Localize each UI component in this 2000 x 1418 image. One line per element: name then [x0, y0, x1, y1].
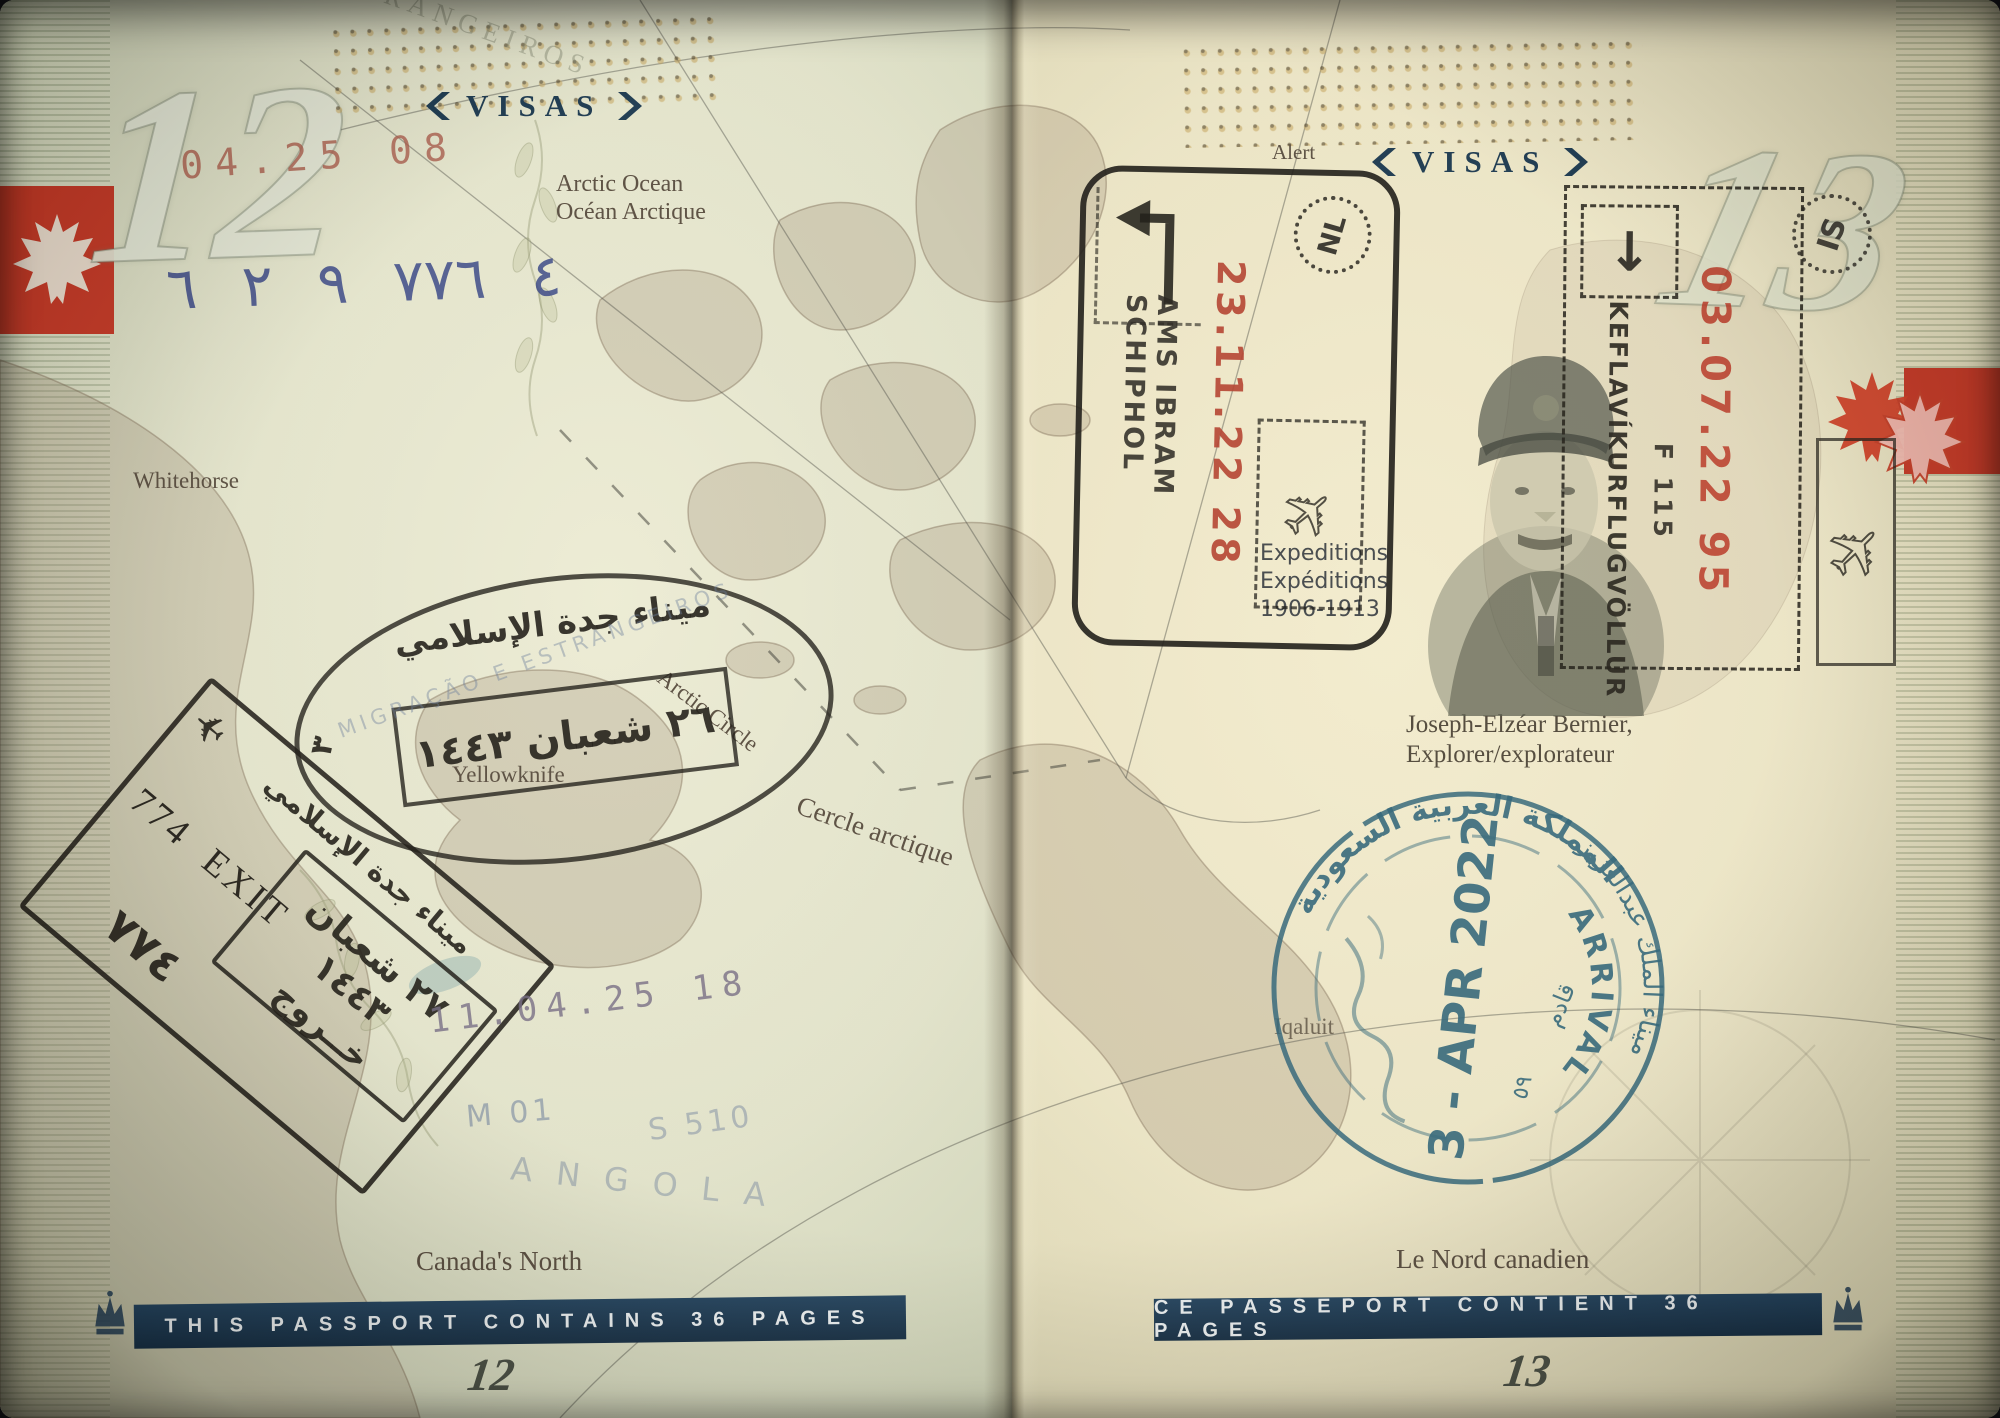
passport-photo: 12 13 ESTRANGEIROS VISAS VISAS Arctic Oc… — [0, 0, 2000, 1418]
chevron-right-icon — [1560, 145, 1594, 179]
label-canadas-north: Canada's North — [416, 1246, 582, 1277]
schiphol-date: 23.11.22 28 — [1202, 259, 1254, 620]
keflavik-plane-box: ✈ — [1816, 438, 1896, 666]
chevron-right-icon — [614, 89, 648, 123]
schiphol-country-code: NL — [1312, 212, 1353, 259]
label-alert: Alert — [1272, 140, 1315, 165]
footer-band-left: THIS PASSPORT CONTAINS 36 PAGES — [134, 1295, 906, 1348]
label-nord-canadien: Le Nord canadien — [1396, 1244, 1589, 1275]
saudi-number: ٥٩ — [1508, 1073, 1538, 1102]
footer-page-number-13: 13 — [1500, 1344, 1553, 1397]
visas-header-left: VISAS — [420, 88, 648, 124]
saudi-arrival-ar: قادم — [1538, 979, 1581, 1031]
page-gutter — [984, 0, 1040, 1418]
airplane-outline-icon: ✈ — [1265, 469, 1354, 560]
schiphol-stamp: AMS IBRAM SCHIPHOL 23.11.22 28 NL ✈ — [1071, 165, 1401, 652]
label-arctic-ocean-fr: Océan Arctique — [556, 198, 706, 226]
saudi-arrival-stamp: المملكة العربية السعودية ميناء الملك عبد… — [1235, 755, 1701, 1221]
crown-icon-left — [88, 1288, 132, 1340]
label-whitehorse: Whitehorse — [133, 468, 239, 494]
visas-title-right: VISAS — [1412, 144, 1548, 180]
turn-left-arrow-icon — [1104, 195, 1196, 307]
visas-title-left: VISAS — [466, 88, 602, 124]
label-arctic-ocean-en: Arctic Ocean — [556, 170, 706, 198]
keflavik-location-text: KEFLAVÍKURFLUGVÖLLUR — [1601, 300, 1633, 664]
keflavik-country-circle: IS — [1790, 184, 1870, 282]
airplane-outline-icon: ✈ — [1806, 502, 1905, 601]
jeddah-side-mark: ٣ — [304, 733, 342, 759]
exit-serial: 774 — [122, 781, 200, 856]
schiphol-country-circle: NL — [1293, 195, 1373, 275]
keflavik-code: F 115 — [1647, 443, 1677, 603]
saudi-date: 3 - APR 2022 — [1418, 812, 1510, 1162]
keflavik-date: 03.07.22 95 — [1689, 265, 1739, 675]
label-arctic-ocean: Arctic Ocean Océan Arctique — [556, 170, 706, 226]
crown-icon-right — [1826, 1284, 1870, 1336]
footer-band-right: CE PASSEPORT CONTIENT 36 PAGES — [1154, 1293, 1822, 1341]
schiphol-location-text: AMS IBRAM SCHIPHOL — [1113, 294, 1183, 665]
keflavik-stamp: ↓ KEFLAVÍKURFLUGVÖLLUR F 115 03.07.22 95 — [1560, 185, 1804, 671]
down-arrow-icon: ↓ — [1607, 220, 1653, 283]
keflavik-country-code: IS — [1810, 213, 1853, 255]
perforation-dots-right — [1177, 34, 1644, 148]
keflavik-arrow-box: ↓ — [1580, 204, 1679, 299]
handwritten-number: ٤ ٧٧٦ ٩ ٢ ٦ — [165, 241, 563, 323]
visas-header-right: VISAS — [1366, 144, 1594, 180]
chevron-left-icon — [420, 89, 454, 123]
schiphol-plane-box: ✈ — [1254, 418, 1366, 610]
jeddah-date: ٢٦ شعبان ١٤٤٣ — [413, 696, 718, 778]
footer-page-number-12: 12 — [464, 1348, 517, 1401]
